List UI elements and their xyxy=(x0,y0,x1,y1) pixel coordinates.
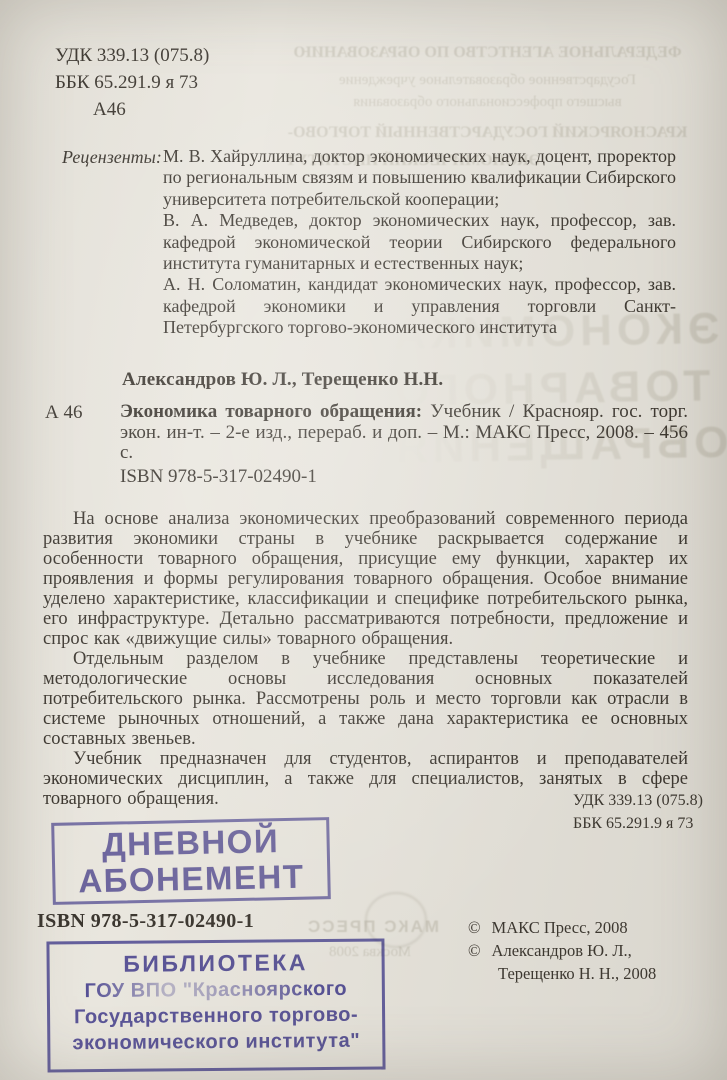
bbk-code-bottom: ББК 65.291.9 я 73 xyxy=(573,812,703,835)
copyright-row: © Александров Ю. Л., xyxy=(468,939,656,962)
copyright-author: Терещенко Н. Н., 2008 xyxy=(498,962,656,985)
bleedthrough-line: высшего профессионального образования xyxy=(255,94,720,111)
library-stamp-line: экономического института" xyxy=(50,1028,382,1057)
catalog-code: А 46 xyxy=(45,402,82,424)
bottom-classification-codes: УДК 339.13 (075.8) ББК 65.291.9 я 73 xyxy=(573,789,703,835)
authors-line: Александров Ю. Л., Терещенко Н.Н. xyxy=(122,369,443,391)
bleedthrough-publisher: МАКС ПРЕСС xyxy=(285,917,460,937)
copyright-author: Александров Ю. Л., xyxy=(492,939,632,962)
top-classification-codes: УДК 339.13 (075.8) ББК 65.291.9 я 73 А46 xyxy=(55,42,209,123)
catalog-isbn: ISBN 978-5-317-02490-1 xyxy=(120,467,688,488)
bleedthrough-line: Государственное образовательное учрежден… xyxy=(255,72,720,89)
book-imprint-page: ФЕДЕРАЛЬНОЕ АГЕНТСТВО ПО ОБРАЗОВАНИЮ Гос… xyxy=(0,0,727,1080)
copyright-block: © МАКС Пресс, 2008 © Александров Ю. Л., … xyxy=(468,916,656,985)
library-stamp-line: ГОУ ВПО "Красноярского xyxy=(50,976,382,1005)
copyright-row: Терещенко Н. Н., 2008 xyxy=(468,962,656,985)
library-stamp-line: БИБЛИОТЕКА xyxy=(50,949,382,979)
copyright-row: © МАКС Пресс, 2008 xyxy=(468,916,656,939)
annotation: На основе анализа экономических преобраз… xyxy=(43,509,688,809)
copyright-symbol: © xyxy=(468,916,481,939)
reviewers-label: Рецензенты: xyxy=(62,147,162,168)
udk-code-bottom: УДК 339.13 (075.8) xyxy=(573,789,703,812)
bbk-code: ББК 65.291.9 я 73 xyxy=(55,69,209,96)
reviewer-item: М. В. Хайруллина, доктор экономических н… xyxy=(163,146,676,210)
library-stamp: БИБЛИОТЕКА ГОУ ВПО "Красноярского Госуда… xyxy=(46,939,385,1073)
library-stamp-line: Государственного торгово- xyxy=(50,1002,382,1031)
author-sign-code: А46 xyxy=(55,96,209,123)
reviewers-list: М. В. Хайруллина, доктор экономических н… xyxy=(163,146,676,339)
catalog-entry: Экономика товарного обращения: Учебник /… xyxy=(120,402,688,487)
day-loan-stamp-line: АБОНЕМЕНТ xyxy=(78,859,305,900)
catalog-description-line: Экономика товарного обращения: Учебник /… xyxy=(120,402,688,464)
reviewer-item: А. Н. Соломатин, кандидат экономических … xyxy=(163,274,676,338)
bleedthrough-line: КРАСНОЯРСКИЙ ГОСУДАРСТВЕННЫЙ ТОРГОВО- xyxy=(255,124,720,142)
copyright-publisher: МАКС Пресс, 2008 xyxy=(492,916,628,939)
day-loan-stamp-line: ДНЕВНОЙ xyxy=(102,823,280,863)
copyright-symbol: © xyxy=(468,939,481,962)
catalog-title: Экономика товарного обращения: xyxy=(120,401,422,422)
bleedthrough-line: ФЕДЕРАЛЬНОЕ АГЕНТСТВО ПО ОБРАЗОВАНИЮ xyxy=(255,44,720,62)
annotation-paragraph: На основе анализа экономических преобраз… xyxy=(43,509,688,649)
udk-code: УДК 339.13 (075.8) xyxy=(55,42,209,69)
day-loan-stamp: ДНЕВНОЙ АБОНЕМЕНТ xyxy=(51,817,331,905)
annotation-paragraph: Отдельным разделом в учебнике представле… xyxy=(43,649,688,749)
reviewer-item: В. А. Медведев, доктор экономических нау… xyxy=(163,210,676,274)
isbn-line: ISBN 978-5-317-02490-1 xyxy=(37,910,254,933)
